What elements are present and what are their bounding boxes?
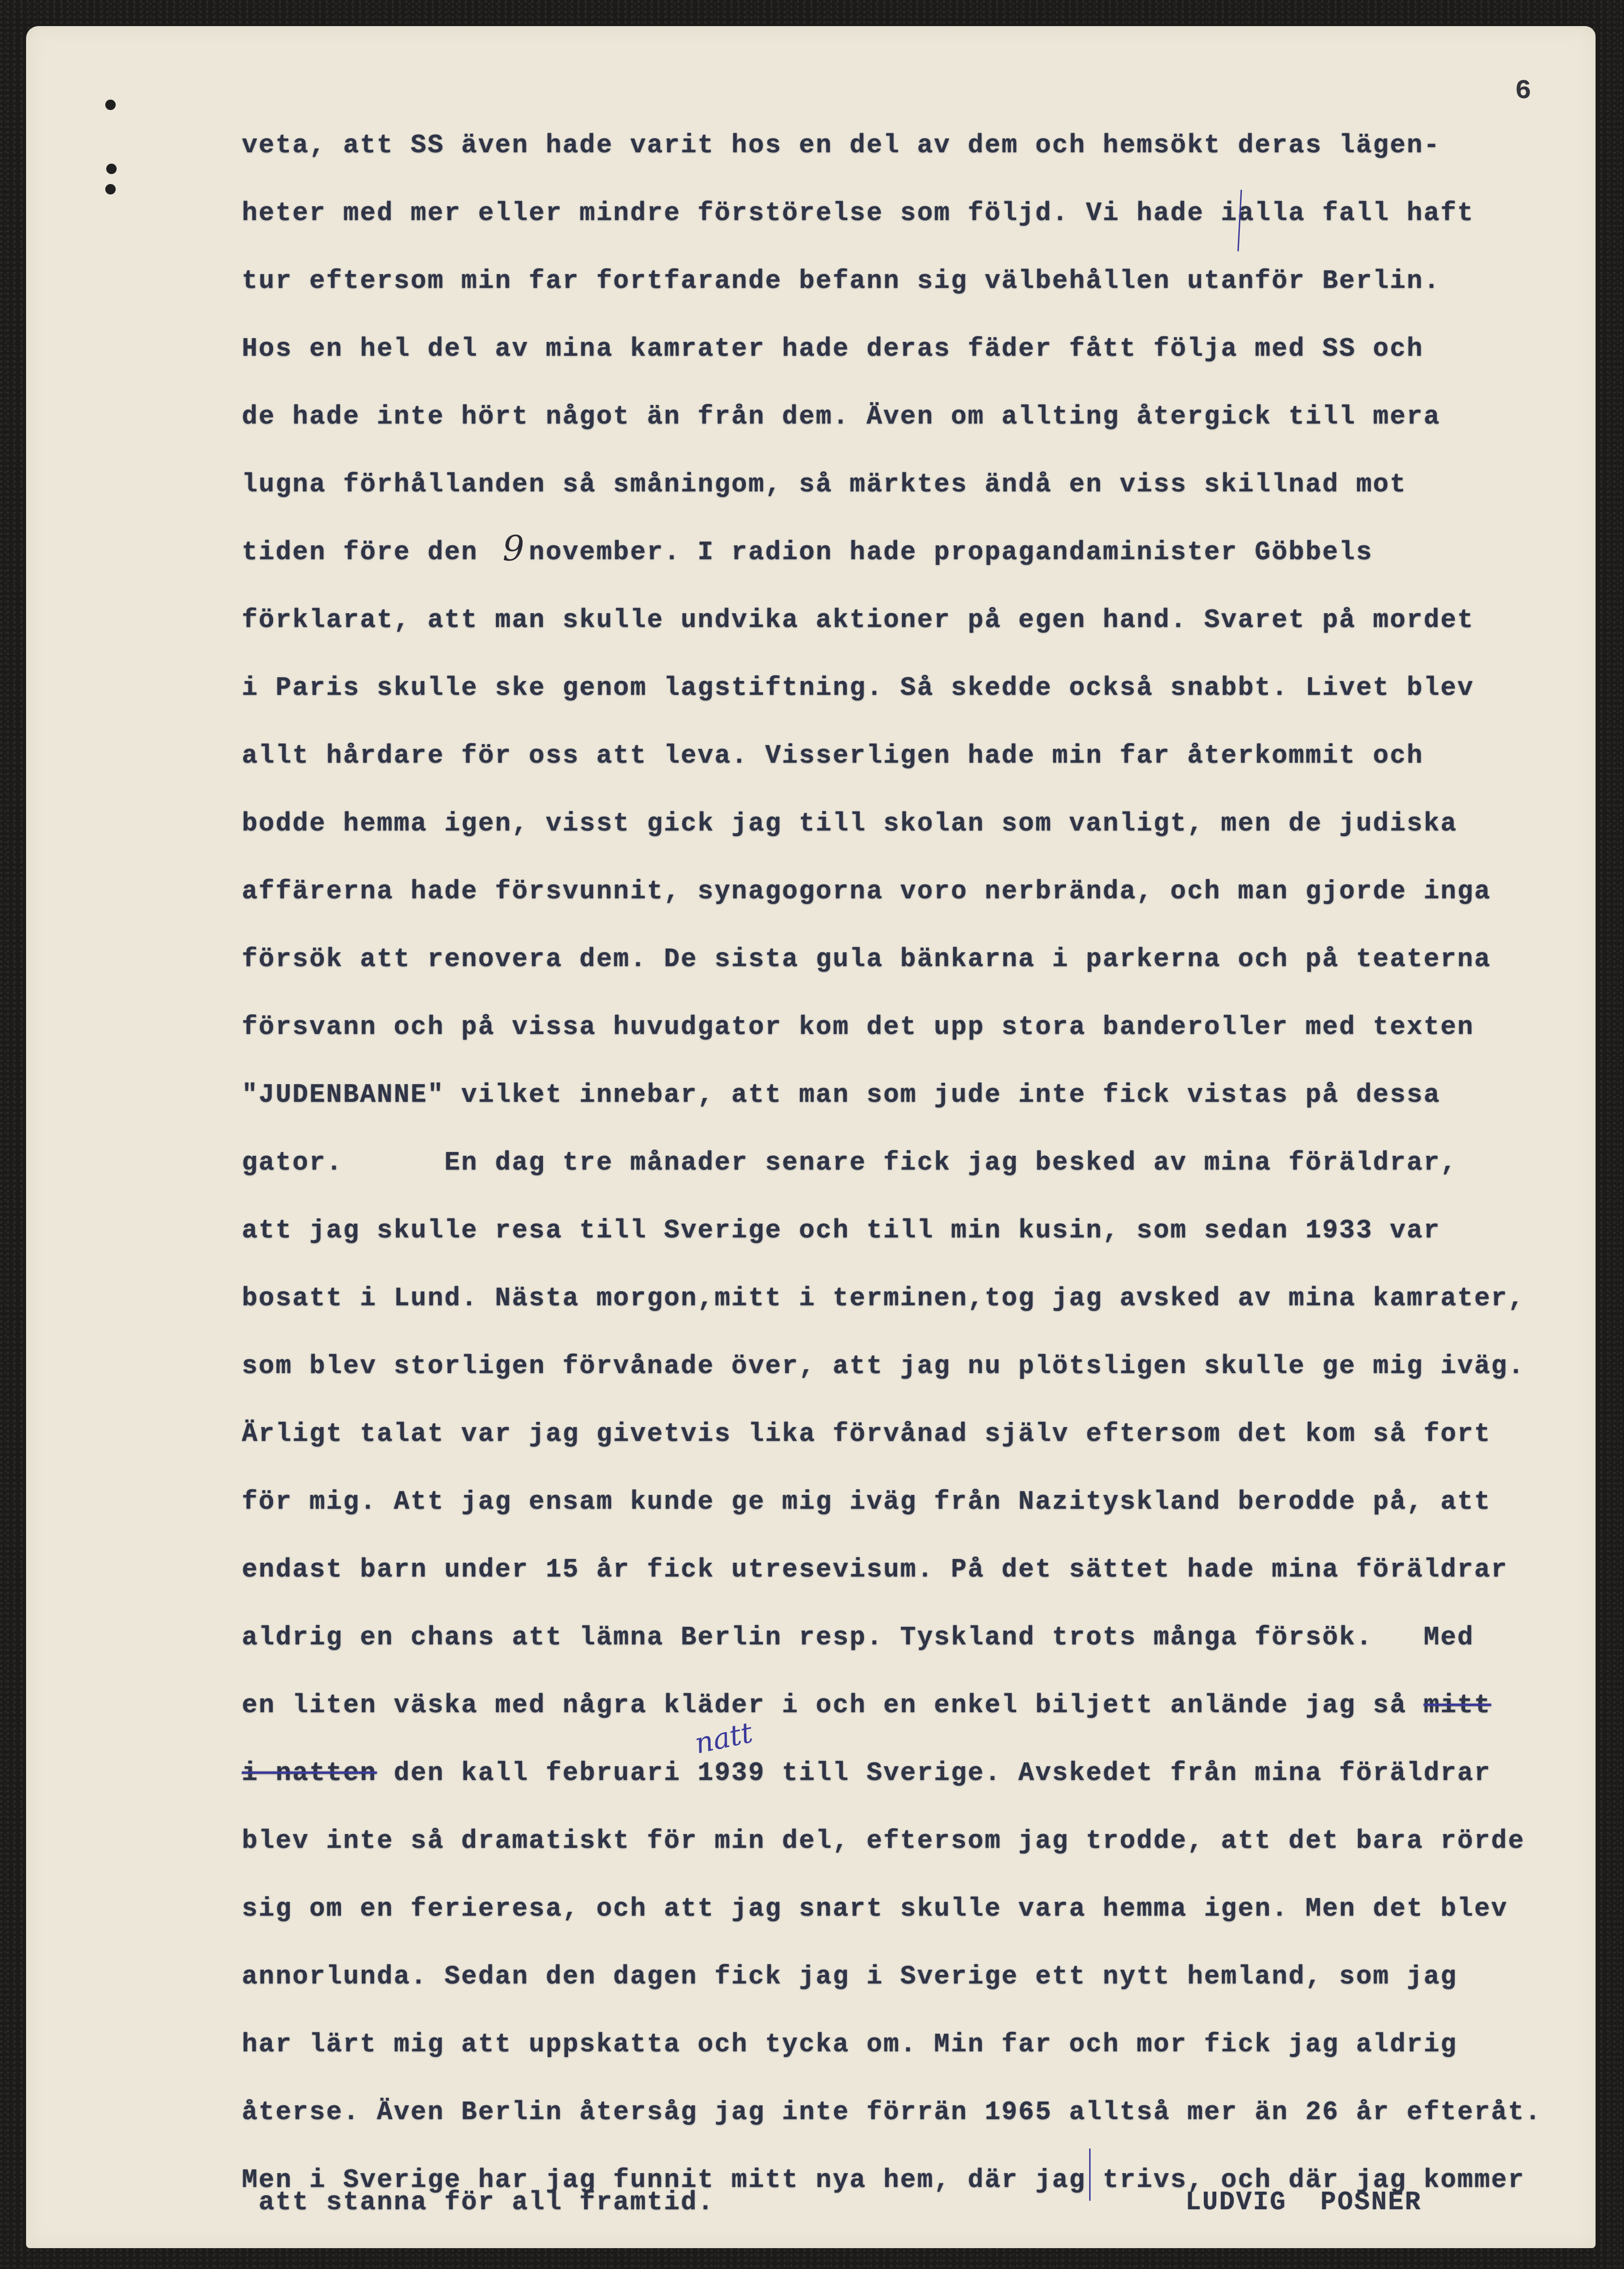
page-number: 6: [1515, 76, 1532, 107]
text-line: i natten den kall februari 1939 till Sve…: [242, 1758, 1491, 1788]
struck-word: mitt: [1423, 1690, 1491, 1720]
text-line: förklarat, att man skulle undvika aktion…: [242, 605, 1474, 635]
text-line: att jag skulle resa till Sverige och til…: [242, 1216, 1440, 1245]
text-line: försök att renovera dem. De sista gula b…: [242, 944, 1491, 974]
text-line: aldrig en chans att lämna Berlin resp. T…: [242, 1623, 1474, 1652]
text-line: sig om en ferieresa, och att jag snart s…: [242, 1894, 1508, 1924]
text-line: veta, att SS även hade varit hos en del …: [242, 130, 1440, 160]
text-line: heter med mer eller mindre förstörelse s…: [242, 198, 1474, 228]
text-line: "JUDENBANNE" vilket innebar, att man som…: [242, 1080, 1440, 1110]
text-line: blev inte så dramatiskt för min del, eft…: [242, 1826, 1525, 1856]
text-line: annorlunda. Sedan den dagen fick jag i S…: [242, 1962, 1458, 1992]
text-line: i Paris skulle ske genom lagstiftning. S…: [242, 673, 1474, 703]
text-line: Hos en hel del av mina kamrater hade der…: [242, 334, 1423, 364]
text-line: försvann och på vissa huvudgator kom det…: [242, 1012, 1474, 1042]
text-line: bosatt i Lund. Nästa morgon,mitt i termi…: [242, 1283, 1525, 1313]
text-line: tur eftersom min far fortfarande befann …: [242, 266, 1440, 296]
pen-caret-mark: [1089, 2149, 1091, 2201]
struck-word: i natten: [242, 1758, 377, 1788]
text-line: endast barn under 15 år fick utresevisum…: [242, 1555, 1508, 1585]
text-line: de hade inte hört något än från dem. Äve…: [242, 402, 1440, 432]
text-line: allt hårdare för oss att leva. Visserlig…: [242, 741, 1423, 771]
text-line: bodde hemma igen, visst gick jag till sk…: [242, 809, 1458, 839]
text-line: Ärligt talat var jag givetvis lika förvå…: [242, 1419, 1491, 1449]
text-line: att stanna för all framtid.: [242, 2187, 715, 2217]
margin-dot: [106, 164, 117, 174]
handwritten-date-digit: 9: [503, 529, 524, 569]
signature: LUDVIG POSNER: [1185, 2187, 1422, 2217]
text-line: återse. Även Berlin återsåg jag inte för…: [242, 2097, 1542, 2127]
text-line: tiden före den november. I radion hade p…: [242, 537, 1373, 567]
text-line: har lärt mig att uppskatta och tycka om.…: [242, 2029, 1458, 2059]
text-line: som blev storligen förvånade över, att j…: [242, 1351, 1525, 1381]
text-line: affärerna hade försvunnit, synagogorna v…: [242, 876, 1491, 906]
margin-dot: [105, 184, 116, 194]
margin-dot: [105, 100, 116, 110]
text-line: för mig. Att jag ensam kunde ge mig iväg…: [242, 1487, 1491, 1517]
text-line: en liten väska med några kläder i och en…: [242, 1690, 1491, 1720]
text-line: lugna förhållanden så småningom, så märk…: [242, 470, 1407, 499]
text-line: gator. En dag tre månader senare fick ja…: [242, 1148, 1458, 1178]
